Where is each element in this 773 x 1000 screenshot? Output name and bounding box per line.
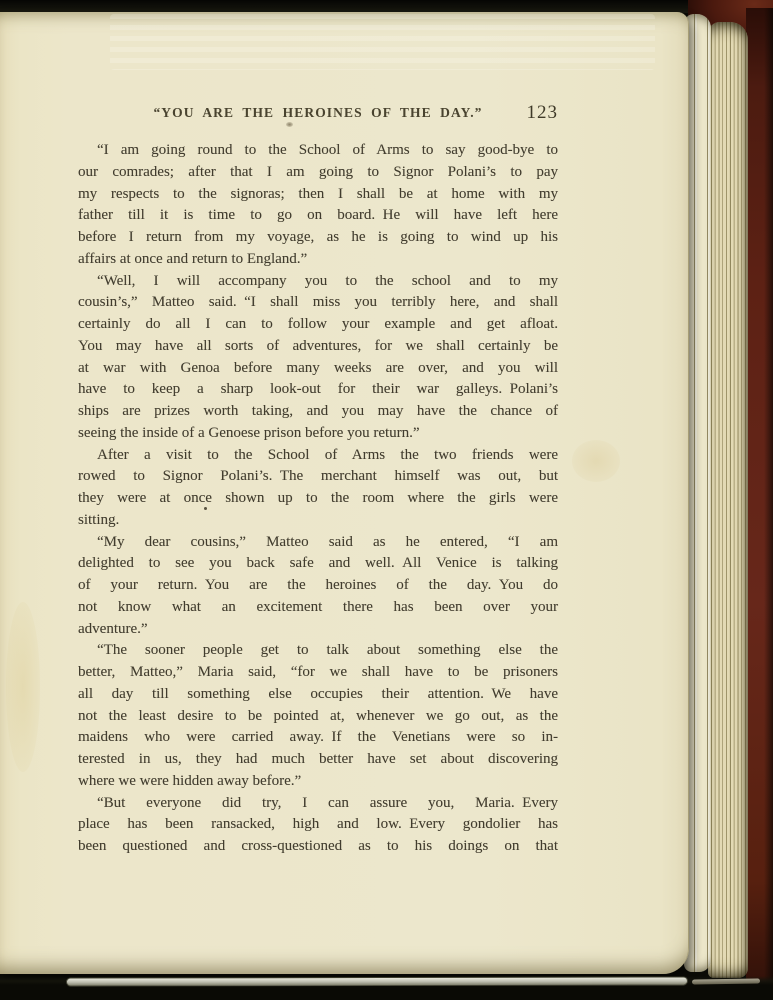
text-line: ships are prizes worth taking, and you m… <box>78 401 558 423</box>
paper-stain <box>572 440 620 482</box>
paper-speck <box>286 122 293 127</box>
text-line: “I am going round to the School of Arms … <box>78 140 558 162</box>
paper-stain <box>6 602 40 772</box>
text-line: certainly do all I can to follow your ex… <box>78 314 558 336</box>
text-line: delighted to see you back safe and well.… <box>78 553 558 575</box>
text-line: rowed to Signor Polani’s. The merchant h… <box>78 466 558 488</box>
text-line: not the least desire to be pointed at, w… <box>78 706 558 728</box>
text-line: all day till something else occupies the… <box>78 684 558 706</box>
book-scan-photo: “YOU ARE THE HEROINES OF THE DAY.” 123 “… <box>0 0 773 1000</box>
page-body: “I am going round to the School of Arms … <box>78 140 558 858</box>
text-line: terested in us, they had much better hav… <box>78 749 558 771</box>
text-line: father till it is time to go on board. H… <box>78 205 558 227</box>
text-line: have to keep a sharp look-out for their … <box>78 379 558 401</box>
text-line: You may have all sorts of adventures, fo… <box>78 336 558 358</box>
text-line: seeing the inside of a Genoese prison be… <box>78 423 558 445</box>
text-line: place has been ransacked, high and low. … <box>78 814 558 836</box>
text-line: at war with Genoa before many weeks are … <box>78 358 558 380</box>
page-stack-fore-edge <box>708 22 748 978</box>
text-line: “My dear cousins,” Matteo said as he ent… <box>78 532 558 554</box>
text-line: where we were hidden away before.” <box>78 771 558 793</box>
text-line: cousin’s,” Matteo said. “I shall miss yo… <box>78 292 558 314</box>
paper-speck <box>204 507 207 510</box>
text-line: not know what an excitement there has be… <box>78 597 558 619</box>
text-line: affairs at once and return to England.” <box>78 249 558 271</box>
scan-artifact-bands <box>110 14 655 70</box>
text-line: before I return from my voyage, as he is… <box>78 227 558 249</box>
text-line: my respects to the signoras; then I shal… <box>78 184 558 206</box>
text-line: sitting. <box>78 510 558 532</box>
text-line: maidens who were carried away. If the Ve… <box>78 727 558 749</box>
text-line: better, Matteo,” Maria said, “for we sha… <box>78 662 558 684</box>
text-line: our comrades; after that I am going to S… <box>78 162 558 184</box>
text-line: After a visit to the School of Arms the … <box>78 445 558 467</box>
text-line: they were at once shown up to the room w… <box>78 488 558 510</box>
book-page: “YOU ARE THE HEROINES OF THE DAY.” 123 “… <box>0 12 689 974</box>
text-line: of your return. You are the heroines of … <box>78 575 558 597</box>
page-bottom-edge-highlight <box>66 976 688 986</box>
page-bottom-edge-highlight-right <box>692 979 760 985</box>
text-line: “The sooner people get to talk about som… <box>78 640 558 662</box>
page-header: “YOU ARE THE HEROINES OF THE DAY.” 123 <box>78 105 558 129</box>
text-line: been questioned and cross-questioned as … <box>78 836 558 858</box>
page-number: 123 <box>527 102 559 124</box>
running-title: “YOU ARE THE HEROINES OF THE DAY.” <box>78 105 558 121</box>
text-line: adventure.” <box>78 619 558 641</box>
book-cover-fore-edge <box>746 8 773 1000</box>
text-line: “But everyone did try, I can assure you,… <box>78 793 558 815</box>
text-line: “Well, I will accompany you to the schoo… <box>78 271 558 293</box>
